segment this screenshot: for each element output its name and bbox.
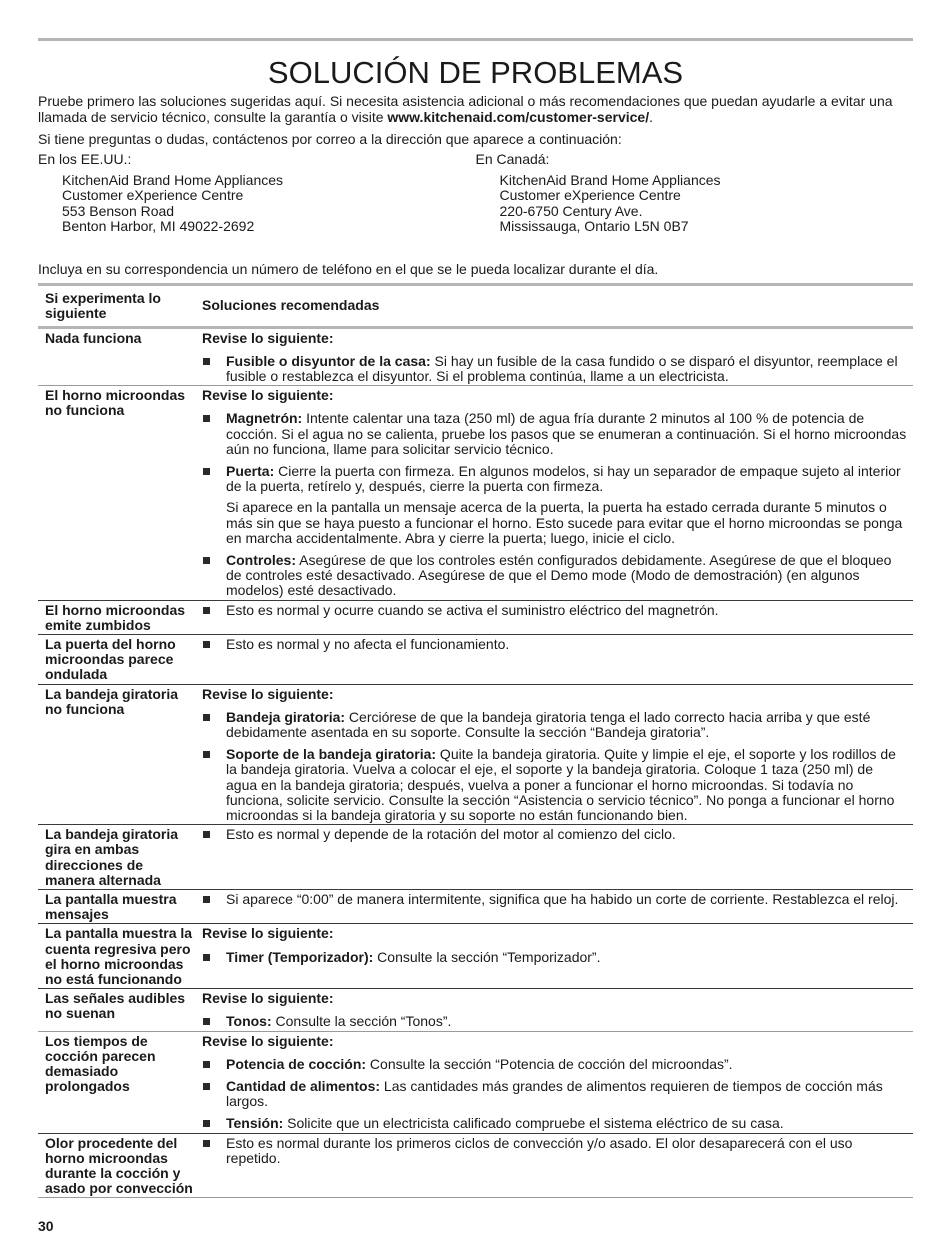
solution-description: Consulte la sección “Potencia de cocción… xyxy=(366,1056,733,1072)
solution-text: Puerta: Cierre la puerta con firmeza. En… xyxy=(226,464,907,546)
intro-end: . xyxy=(649,109,653,125)
intro-paragraph: Pruebe primero las soluciones sugeridas … xyxy=(38,93,913,125)
solution-text: Cantidad de alimentos: Las cantidades má… xyxy=(226,1079,907,1109)
solution-cell: Esto es normal y ocurre cuando se activa… xyxy=(195,600,913,634)
solution-description: Esto es normal y no afecta el funcionami… xyxy=(226,636,509,652)
solution-text: Tensión: Solicite que un electricista ca… xyxy=(226,1116,907,1131)
solution-cell: Revise lo siguiente:Timer (Temporizador)… xyxy=(195,924,913,989)
solution-cell: Revise lo siguiente:Fusible o disyuntor … xyxy=(195,327,913,386)
solution-text: Esto es normal durante los primeros cicl… xyxy=(226,1136,907,1166)
solution-item: Esto es normal y no afecta el funcionami… xyxy=(202,637,907,652)
square-bullet-icon xyxy=(202,1057,226,1072)
solution-label: Tensión: xyxy=(226,1115,283,1131)
problem-cell: La pantalla muestra mensajes xyxy=(38,890,195,924)
address-line: Customer eXperience Centre xyxy=(500,188,914,204)
table-row: La bandeja giratoria gira en ambas direc… xyxy=(38,825,913,890)
solution-label: Cantidad de alimentos: xyxy=(226,1078,380,1094)
solution-text: Magnetrón: Intente calentar una taza (25… xyxy=(226,411,907,457)
square-bullet-icon xyxy=(202,950,226,965)
problem-cell: La bandeja giratoria gira en ambas direc… xyxy=(38,825,195,890)
problem-cell: Las señales audibles no suenan xyxy=(38,989,195,1031)
header-solutions: Soluciones recomendadas xyxy=(195,284,913,327)
solution-description: Si aparece “0:00” de manera intermitente… xyxy=(226,891,898,907)
solution-text: Potencia de cocción: Consulte la sección… xyxy=(226,1057,907,1072)
table-row: La pantalla muestra la cuenta regresiva … xyxy=(38,924,913,989)
solution-item: Timer (Temporizador): Consulte la secció… xyxy=(202,950,907,965)
solution-item: Si aparece “0:00” de manera intermitente… xyxy=(202,892,907,907)
solution-item: Esto es normal y ocurre cuando se activa… xyxy=(202,603,907,618)
table-row: La pantalla muestra mensajesSi aparece “… xyxy=(38,890,913,924)
solution-description: Esto es normal y depende de la rotación … xyxy=(226,826,676,842)
square-bullet-icon xyxy=(202,354,226,384)
solution-item: Magnetrón: Intente calentar una taza (25… xyxy=(202,411,907,457)
solution-description: Consulte la sección “Temporizador”. xyxy=(373,949,600,965)
solution-note: Si aparece en la pantalla un mensaje ace… xyxy=(226,500,907,546)
page-number: 30 xyxy=(38,1218,54,1234)
solution-description: Intente calentar una taza (250 ml) de ag… xyxy=(226,410,906,456)
revise-heading: Revise lo siguiente: xyxy=(202,926,907,941)
page-title: SOLUCIÓN DE PROBLEMAS xyxy=(38,55,913,91)
square-bullet-icon xyxy=(202,710,226,740)
solution-item: Tensión: Solicite que un electricista ca… xyxy=(202,1116,907,1131)
solution-description: Cierre la puerta con firmeza. En algunos… xyxy=(226,463,901,494)
square-bullet-icon xyxy=(202,553,226,599)
solution-text: Soporte de la bandeja giratoria: Quite l… xyxy=(226,747,907,823)
square-bullet-icon xyxy=(202,637,226,652)
solution-label: Timer (Temporizador): xyxy=(226,949,373,965)
solution-text: Tonos: Consulte la sección “Tonos”. xyxy=(226,1014,907,1029)
revise-heading: Revise lo siguiente: xyxy=(202,991,907,1006)
solution-text: Bandeja giratoria: Cerciórese de que la … xyxy=(226,710,907,740)
square-bullet-icon xyxy=(202,1116,226,1131)
contact-paragraph: Si tiene preguntas o dudas, contáctenos … xyxy=(38,131,913,147)
solution-item: Esto es normal y depende de la rotación … xyxy=(202,827,907,842)
solution-item: Bandeja giratoria: Cerciórese de que la … xyxy=(202,710,907,740)
solution-item: Controles: Asegúrese de que los controle… xyxy=(202,553,907,599)
address-line: Customer eXperience Centre xyxy=(62,188,476,204)
square-bullet-icon xyxy=(202,464,226,546)
solution-text: Controles: Asegúrese de que los controle… xyxy=(226,553,907,599)
solution-description: Solicite que un electricista calificado … xyxy=(283,1115,783,1131)
solution-label: Magnetrón: xyxy=(226,410,302,426)
address-us: En los EE.UU.: KitchenAid Brand Home App… xyxy=(38,152,476,235)
problem-cell: Olor procedente del horno microondas dur… xyxy=(38,1133,195,1198)
square-bullet-icon xyxy=(202,747,226,823)
square-bullet-icon xyxy=(202,1136,226,1166)
solution-description: Asegúrese de que los controles estén con… xyxy=(226,552,891,598)
square-bullet-icon xyxy=(202,1079,226,1109)
solution-text: Fusible o disyuntor de la casa: Si hay u… xyxy=(226,354,907,384)
solution-text: Si aparece “0:00” de manera intermitente… xyxy=(226,892,907,907)
solution-cell: Revise lo siguiente:Tonos: Consulte la s… xyxy=(195,989,913,1031)
table-header: Si experimenta lo siguiente Soluciones r… xyxy=(38,284,913,327)
table-row: Olor procedente del horno microondas dur… xyxy=(38,1133,913,1198)
square-bullet-icon xyxy=(202,892,226,907)
phone-note: Incluya en su correspondencia un número … xyxy=(38,261,913,277)
table-row: Las señales audibles no suenanRevise lo … xyxy=(38,989,913,1031)
solution-item: Tonos: Consulte la sección “Tonos”. xyxy=(202,1014,907,1029)
square-bullet-icon xyxy=(202,603,226,618)
revise-heading: Revise lo siguiente: xyxy=(202,1034,907,1049)
addresses: En los EE.UU.: KitchenAid Brand Home App… xyxy=(38,152,913,235)
intro: Pruebe primero las soluciones sugeridas … xyxy=(38,93,913,147)
solution-description: Consulte la sección “Tonos”. xyxy=(272,1013,452,1029)
solution-cell: Revise lo siguiente:Potencia de cocción:… xyxy=(195,1031,913,1133)
address-canada: En Canadá: KitchenAid Brand Home Applian… xyxy=(476,152,914,235)
solution-label: Potencia de cocción: xyxy=(226,1056,366,1072)
square-bullet-icon xyxy=(202,411,226,457)
solution-label: Tonos: xyxy=(226,1013,272,1029)
revise-heading: Revise lo siguiente: xyxy=(202,331,907,346)
solution-label: Fusible o disyuntor de la casa: xyxy=(226,353,431,369)
table-row: El horno microondas no funcionaRevise lo… xyxy=(38,386,913,600)
problem-cell: La puerta del horno microondas parece on… xyxy=(38,634,195,684)
table-row: Los tiempos de cocción parecen demasiado… xyxy=(38,1031,913,1133)
problem-cell: Nada funciona xyxy=(38,327,195,386)
table-row: La bandeja giratoria no funcionaRevise l… xyxy=(38,684,913,825)
solution-cell: Esto es normal durante los primeros cicl… xyxy=(195,1133,913,1198)
solution-text: Esto es normal y no afecta el funcionami… xyxy=(226,637,907,652)
table-row: El horno microondas emite zumbidosEsto e… xyxy=(38,600,913,634)
table-row: La puerta del horno microondas parece on… xyxy=(38,634,913,684)
solution-description: Esto es normal y ocurre cuando se activa… xyxy=(226,602,719,618)
solution-item: Esto es normal durante los primeros cicl… xyxy=(202,1136,907,1166)
solution-cell: Esto es normal y depende de la rotación … xyxy=(195,825,913,890)
document-page: SOLUCIÓN DE PROBLEMAS Pruebe primero las… xyxy=(38,38,913,1198)
table-row: Nada funcionaRevise lo siguiente:Fusible… xyxy=(38,327,913,386)
solution-cell: Revise lo siguiente:Magnetrón: Intente c… xyxy=(195,386,913,600)
solution-label: Soporte de la bandeja giratoria: xyxy=(226,746,436,762)
solution-text: Timer (Temporizador): Consulte la secció… xyxy=(226,950,907,965)
address-line: 553 Benson Road xyxy=(62,204,476,220)
solution-text: Esto es normal y depende de la rotación … xyxy=(226,827,907,842)
header-problem: Si experimenta lo siguiente xyxy=(38,284,195,327)
solution-item: Cantidad de alimentos: Las cantidades má… xyxy=(202,1079,907,1109)
solution-label: Puerta: xyxy=(226,463,274,479)
problem-cell: La pantalla muestra la cuenta regresiva … xyxy=(38,924,195,989)
revise-heading: Revise lo siguiente: xyxy=(202,687,907,702)
top-rule xyxy=(38,38,913,41)
solution-cell: Esto es normal y no afecta el funcionami… xyxy=(195,634,913,684)
address-line: KitchenAid Brand Home Appliances xyxy=(500,173,914,189)
solution-text: Esto es normal y ocurre cuando se activa… xyxy=(226,603,907,618)
problem-cell: El horno microondas no funciona xyxy=(38,386,195,600)
address-line: Mississauga, Ontario L5N 0B7 xyxy=(500,219,914,235)
troubleshooting-table: Si experimenta lo siguiente Soluciones r… xyxy=(38,283,913,1199)
address-label: En los EE.UU.: xyxy=(38,152,476,168)
support-link[interactable]: www.kitchenaid.com/customer-service/ xyxy=(387,109,649,125)
solution-description: Esto es normal durante los primeros cicl… xyxy=(226,1135,852,1166)
square-bullet-icon xyxy=(202,827,226,842)
solution-label: Controles: xyxy=(226,552,296,568)
problem-cell: La bandeja giratoria no funciona xyxy=(38,684,195,825)
address-line: KitchenAid Brand Home Appliances xyxy=(62,173,476,189)
solution-item: Potencia de cocción: Consulte la sección… xyxy=(202,1057,907,1072)
solution-item: Fusible o disyuntor de la casa: Si hay u… xyxy=(202,354,907,384)
solution-item: Puerta: Cierre la puerta con firmeza. En… xyxy=(202,464,907,546)
square-bullet-icon xyxy=(202,1014,226,1029)
address-line: 220-6750 Century Ave. xyxy=(500,204,914,220)
solution-item: Soporte de la bandeja giratoria: Quite l… xyxy=(202,747,907,823)
address-line: Benton Harbor, MI 49022-2692 xyxy=(62,219,476,235)
solution-cell: Si aparece “0:00” de manera intermitente… xyxy=(195,890,913,924)
solution-label: Bandeja giratoria: xyxy=(226,709,345,725)
address-label: En Canadá: xyxy=(476,152,914,168)
solution-cell: Revise lo siguiente:Bandeja giratoria: C… xyxy=(195,684,913,825)
revise-heading: Revise lo siguiente: xyxy=(202,388,907,403)
problem-cell: Los tiempos de cocción parecen demasiado… xyxy=(38,1031,195,1133)
problem-cell: El horno microondas emite zumbidos xyxy=(38,600,195,634)
